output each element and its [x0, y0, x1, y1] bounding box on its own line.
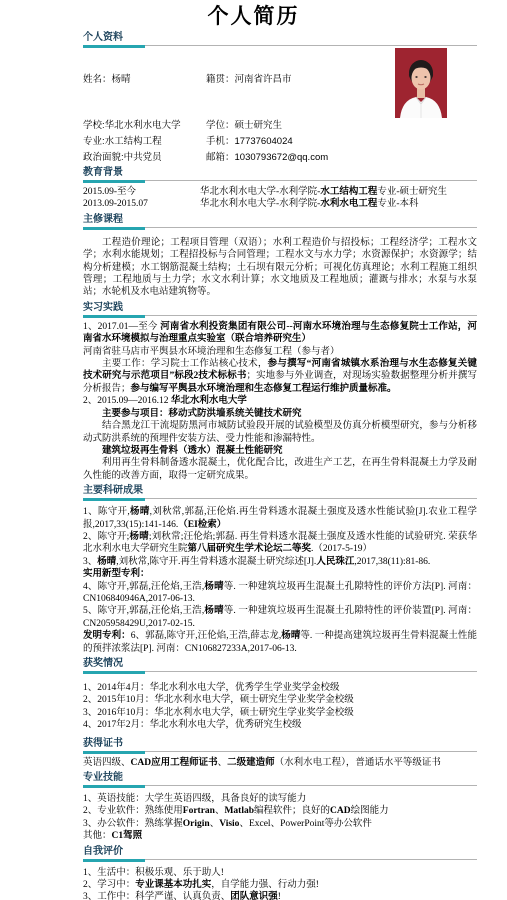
- section-divider: [83, 180, 477, 183]
- skill-item: 3、办公软件：熟练掌握Origin、Visio、Excel、PowerPoint…: [83, 818, 477, 830]
- certificates-paragraph: 英语四级、CAD应用工程师证书、二级建造师（水利水电工程），普通话水平等级证书: [83, 757, 477, 769]
- field-value: 17737604024: [235, 136, 293, 147]
- patent-item: 4、陈守开,郭磊,汪伦焰,王浩,杨晴等. 一种建筑垃圾再生混凝土孔隙特性的评价方…: [83, 581, 477, 606]
- field-value: 硕士研究生: [235, 120, 283, 131]
- publication-item: 2、陈守开;杨晴;刘秋常;汪伦焰;郭磊. 再生骨料透水混凝土强度及透水性能的试验…: [83, 531, 477, 556]
- field-label: 手机：: [206, 136, 235, 147]
- paragraph: 结合黑龙江干流堤防黑河市城防试验段开展的试验模型及仿真分析模型研究，参与分析移动…: [83, 420, 477, 445]
- field-value: 河南省许昌市: [235, 74, 292, 85]
- resume-page: 个人简历 个人资料 姓名：杨晴 籍贯：河南省许昌市 学校:华北水利水电大学 学位…: [0, 0, 507, 900]
- field-label: 专业:: [83, 136, 105, 147]
- section-divider: [83, 859, 477, 862]
- paragraph: 河南省驻马店市平舆县水环境治理和生态修复工程（参与者）: [83, 346, 477, 358]
- section-divider: [83, 227, 477, 230]
- section-self-evaluation: 自我评价 1、生活中：积极乐观、乐于助人! 2、学习中：专业课基本功扎实，自学能…: [83, 846, 477, 900]
- section-courses: 主修课程 工程造价理论；工程项目管理（双语）；水利工程造价与招投标；工程经济学；…: [83, 214, 477, 299]
- patent-heading: 实用新型专利：: [83, 568, 477, 580]
- field-label: 政治面貌:: [83, 152, 124, 163]
- education-row: 2013.09-2015.07 华北水利水电大学-水利学院-水利水电工程专业-本…: [83, 198, 477, 210]
- awards-body: 1、2014年4月：华北水利水电大学，优秀学生学业奖学金校级 2、2015年10…: [83, 682, 477, 732]
- education-row: 2015.09-至今 华北水利水电大学-水利学院-水工结构工程专业-硕士研究生: [83, 186, 477, 198]
- paragraph: 建筑垃圾再生骨料（透水）混凝土性能研究: [83, 445, 477, 457]
- personal-info-row: 政治面貌:中共党员 邮箱：1030793672@qq.com: [83, 152, 477, 164]
- award-item: 2、2015年10月：华北水利水电大学，硕士研究生学业奖学金校级: [83, 694, 477, 706]
- field-label: 邮箱：: [206, 152, 235, 163]
- field-label: 籍贯：: [206, 74, 235, 85]
- resume-content: 个人资料 姓名：杨晴 籍贯：河南省许昌市 学校:华北水利水电大学 学位：硕士研究…: [0, 32, 507, 900]
- section-awards: 获奖情况 1、2014年4月：华北水利水电大学，优秀学生学业奖学金校级 2、20…: [83, 658, 477, 732]
- research-body: 1、陈守开,杨晴,刘秋常,郭磊,汪伦焰.再生骨料透水混凝土强度及透水性能试验[J…: [83, 506, 477, 655]
- award-item: 4、2017年2月：华北水利水电大学，优秀研究生校级: [83, 719, 477, 731]
- field-school: 学校:华北水利水电大学: [83, 120, 206, 132]
- education-period: 2015.09-至今: [83, 186, 200, 198]
- paragraph: 1、2017.01—至今 河南省水利投资集团有限公司--河南水环境治理与生态修复…: [83, 321, 477, 346]
- section-divider: [83, 671, 477, 674]
- field-label: 姓名：: [83, 74, 112, 85]
- field-phone: 手机：17737604024: [206, 136, 293, 148]
- section-title-practice: 实习实践: [83, 302, 477, 314]
- section-title-education: 教育背景: [83, 167, 477, 179]
- self-evaluation-item: 1、生活中：积极乐观、乐于助人!: [83, 867, 477, 879]
- section-title-self-evaluation: 自我评价: [83, 846, 477, 858]
- section-education: 教育背景 2015.09-至今 华北水利水电大学-水利学院-水工结构工程专业-硕…: [83, 167, 477, 211]
- field-hometown: 籍贯：河南省许昌市: [206, 74, 292, 86]
- skill-item: 1、英语技能：大学生英语四级，具备良好的读写能力: [83, 793, 477, 805]
- section-title-personal: 个人资料: [83, 32, 477, 44]
- paragraph: 主要参与项目：移动式防洪墙系统关键技术研究: [83, 408, 477, 420]
- publication-item: 3、杨晴,刘秋常,陈守开.再生骨料透水混凝土研究综述[J].人民珠江,2017,…: [83, 556, 477, 568]
- field-label: 学校:: [83, 120, 105, 131]
- self-evaluation-item: 3、工作中：科学严谨、认真负责、团队意识强!: [83, 891, 477, 900]
- section-divider: [83, 498, 477, 501]
- field-value: 华北水利水电大学: [105, 120, 181, 131]
- education-description: 华北水利水电大学-水利学院-水工结构工程专业-硕士研究生: [200, 186, 477, 198]
- section-practice: 实习实践 1、2017.01—至今 河南省水利投资集团有限公司--河南水环境治理…: [83, 302, 477, 482]
- field-value: 杨晴: [112, 74, 131, 85]
- patent-item: 5、陈守开,郭磊,汪伦焰,王浩,杨晴等. 一种建筑垃圾再生混凝土孔隙特性的评价装…: [83, 605, 477, 630]
- personal-info-row: 专业:水工结构工程 手机：17737604024: [83, 136, 477, 148]
- education-period: 2013.09-2015.07: [83, 198, 200, 210]
- section-title-certificates: 获得证书: [83, 738, 477, 750]
- skill-item-other: 其他：C1驾照: [83, 830, 477, 842]
- self-evaluation-body: 1、生活中：积极乐观、乐于助人! 2、学习中：专业课基本功扎实，自学能力强、行动…: [83, 867, 477, 900]
- section-skills: 专业技能 1、英语技能：大学生英语四级，具备良好的读写能力 2、专业软件：熟练使…: [83, 772, 477, 843]
- field-value: 中共党员: [124, 152, 162, 163]
- award-item: 1、2014年4月：华北水利水电大学，优秀学生学业奖学金校级: [83, 682, 477, 694]
- section-title-courses: 主修课程: [83, 214, 477, 226]
- paragraph: 主要工作：学习院士工作站核心技术，参与撰写“河南省城镇水系治理与水生态修复关键技…: [83, 358, 477, 395]
- personal-info-row: 学校:华北水利水电大学 学位：硕士研究生: [83, 120, 477, 132]
- field-political-status: 政治面貌:中共党员: [83, 152, 206, 164]
- field-value: 水工结构工程: [105, 136, 162, 147]
- section-title-skills: 专业技能: [83, 772, 477, 784]
- section-title-awards: 获奖情况: [83, 658, 477, 670]
- courses-paragraph: 工程造价理论；工程项目管理（双语）；水利工程造价与招投标；工程经济学；工程水文学…: [83, 237, 477, 299]
- skills-body: 1、英语技能：大学生英语四级，具备良好的读写能力 2、专业软件：熟练使用Fort…: [83, 793, 477, 843]
- section-divider: [83, 315, 477, 318]
- id-photo-graphic: [395, 48, 447, 118]
- field-degree: 学位：硕士研究生: [206, 120, 282, 132]
- field-major: 专业:水工结构工程: [83, 136, 206, 148]
- skill-item: 2、专业软件：熟练使用Fortran、Matlab编程软件；良好的CAD绘图能力: [83, 805, 477, 817]
- id-photo: [395, 48, 447, 118]
- education-rows: 2015.09-至今 华北水利水电大学-水利学院-水工结构工程专业-硕士研究生 …: [83, 186, 477, 211]
- field-email: 邮箱：1030793672@qq.com: [206, 152, 328, 164]
- field-label: 学位：: [206, 120, 235, 131]
- paragraph: 2、2015.09—2016.12 华北水利水电大学: [83, 395, 477, 407]
- field-value: 1030793672@qq.com: [235, 152, 329, 163]
- self-evaluation-item: 2、学习中：专业课基本功扎实，自学能力强、行动力强!: [83, 879, 477, 891]
- section-title-research: 主要科研成果: [83, 485, 477, 497]
- section-research: 主要科研成果 1、陈守开,杨晴,刘秋常,郭磊,汪伦焰.再生骨料透水混凝土强度及透…: [83, 485, 477, 655]
- practice-body: 1、2017.01—至今 河南省水利投资集团有限公司--河南水环境治理与生态修复…: [83, 321, 477, 482]
- education-description: 华北水利水电大学-水利学院-水利水电工程专业-本科: [200, 198, 477, 210]
- paragraph: 利用再生骨料制备透水混凝土，优化配合比，改进生产工艺，在再生骨料混凝土力学及耐久…: [83, 457, 477, 482]
- patent-item: 发明专利：6、郭磊,陈守开,汪伦焰,王浩,薛志龙,杨晴等. 一种提高建筑垃圾再生…: [83, 630, 477, 655]
- award-item: 3、2016年10月：华北水利水电大学，硕士研究生学业奖学金校级: [83, 707, 477, 719]
- page-title: 个人简历: [0, 5, 507, 29]
- section-divider: [83, 751, 477, 754]
- field-name: 姓名：杨晴: [83, 74, 206, 86]
- section-certificates: 获得证书 英语四级、CAD应用工程师证书、二级建造师（水利水电工程），普通话水平…: [83, 738, 477, 769]
- publication-item: 1、陈守开,杨晴,刘秋常,郭磊,汪伦焰.再生骨料透水混凝土强度及透水性能试验[J…: [83, 506, 477, 531]
- section-divider: [83, 785, 477, 788]
